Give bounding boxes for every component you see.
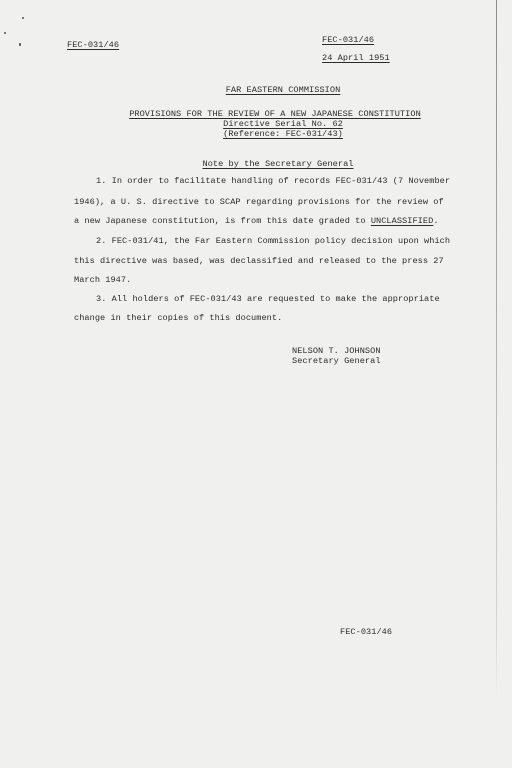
footer-ref: FEC-031/46 [340,627,392,637]
document-title: PROVISIONS FOR THE REVIEW OF A NEW JAPAN… [0,109,512,119]
directive-serial-text: Directive Serial No. 62 [223,119,343,129]
document-ref-left: FEC-031/46 [67,40,119,50]
note-heading: Note by the Secretary General [0,159,512,169]
paragraph-2-line-3: March 1947. [74,275,131,285]
paragraph-1-line-2: 1946), a U. S. directive to SCAP regardi… [74,197,444,207]
document-reference-text: (Reference: FEC-031/43) [223,129,343,139]
document-ref-right: FEC-031/46 [322,35,374,45]
paragraph-3-line-2: change in their copies of this document. [74,313,282,323]
paragraph-2-line-1: 2. FEC-031/41, the Far Eastern Commissio… [96,236,450,246]
agency-heading: FAR EASTERN COMMISSION [0,85,512,95]
agency-name: FAR EASTERN COMMISSION [226,85,341,95]
document-reference: (Reference: FEC-031/43) [0,129,512,139]
signatory-name: NELSON T. JOHNSON [292,346,381,356]
directive-serial: Directive Serial No. 62 [0,119,512,129]
document-page: FEC-031/46 FEC-031/46 24 April 1951 FAR … [0,0,512,768]
scan-speck [4,32,6,34]
document-date: 24 April 1951 [322,53,390,63]
classification-status: UNCLASSIFIED [371,216,434,226]
document-title-text: PROVISIONS FOR THE REVIEW OF A NEW JAPAN… [129,109,421,119]
page-edge-line [496,0,497,700]
scan-speck [19,43,21,46]
paragraph-1-period: . [433,216,438,226]
signatory-title: Secretary General [292,356,381,366]
paragraph-2-line-2: this directive was based, was declassifi… [74,256,444,266]
paragraph-1-line-1: 1. In order to facilitate handling of re… [96,176,450,186]
paragraph-1-line-3-text: a new Japanese constitution, is from thi… [74,216,371,226]
note-heading-text: Note by the Secretary General [202,159,353,169]
scan-speck [22,17,24,19]
paragraph-3-line-1: 3. All holders of FEC-031/43 are request… [96,294,440,304]
paragraph-1-line-3: a new Japanese constitution, is from thi… [74,216,439,226]
